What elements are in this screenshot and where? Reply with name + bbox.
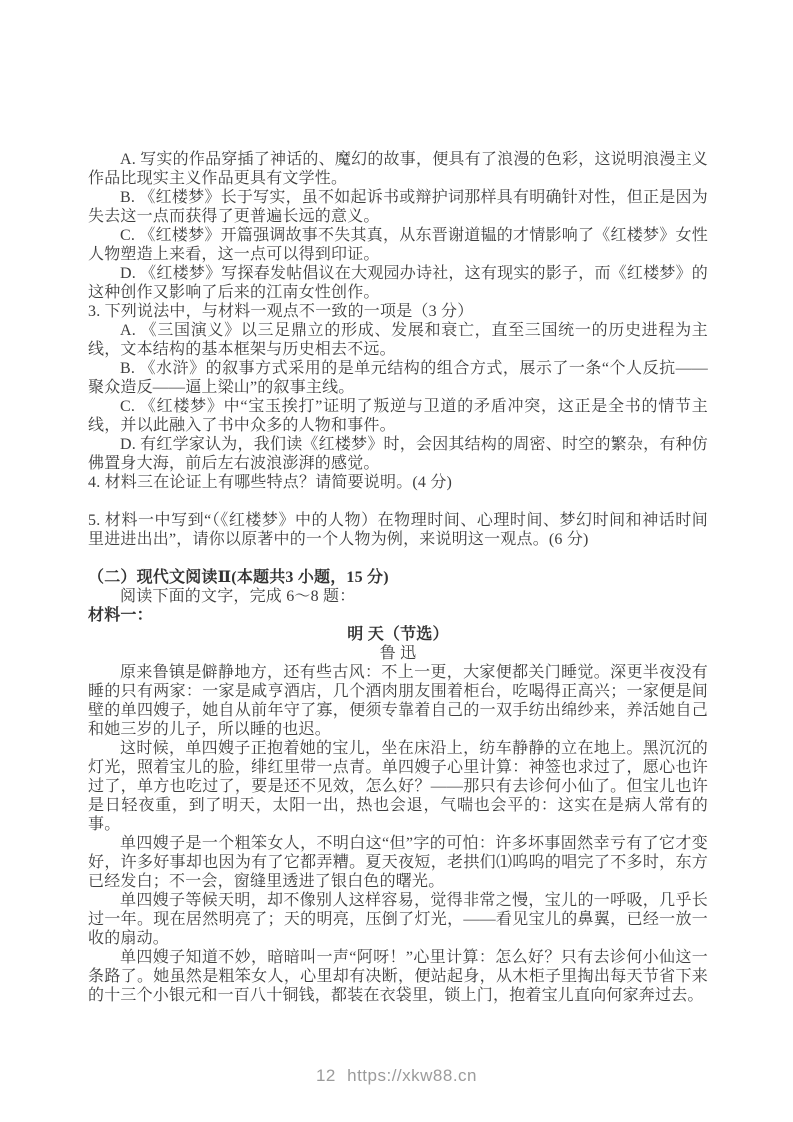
section-2-instruction: 阅读下面的文字，完成 6～8 题： [88,587,708,606]
material-1-label: 材料一： [88,606,708,625]
question-5: 5. 材料一中写到“（《红楼梦》中的人物）在物理时间、心理时间、梦幻时间和神话时… [88,511,708,549]
question-4: 4. 材料三在论证上有哪些特点？请简要说明。(4 分) [88,473,708,492]
passage-paragraph: 原来鲁镇是僻静地方，还有些古风：不上一更，大家便都关门睡觉。深更半夜没有睡的只有… [88,663,708,739]
spacer [88,492,708,511]
footer-url: https://xkw88.cn [347,1066,477,1085]
passage-paragraph: 单四嫂子是一个粗笨女人，不明白这“但”字的可怕：许多坏事固然幸亏有了它才变好，许… [88,834,708,891]
q3-option-a: A. 《三国演义》以三足鼎立的形成、发展和衰亡，直至三国统一的历史进程为主线，文… [88,321,708,359]
page-footer: 12 https://xkw88.cn [0,1066,793,1086]
q2-option-a: A. 写实的作品穿插了神话的、魔幻的故事，便具有了浪漫的色彩，这说明浪漫主义作品… [88,150,708,188]
section-2-heading: （二）现代文阅读Ⅱ(本题共3 小题，15 分) [88,568,708,587]
footer-page-number: 12 [316,1066,336,1085]
exam-page: A. 写实的作品穿插了神话的、魔幻的故事，便具有了浪漫的色彩，这说明浪漫主义作品… [0,0,793,1122]
passage-paragraph: 单四嫂子等候天明，却不像别人这样容易，觉得非常之慢，宝儿的一呼吸，几乎长过一年。… [88,891,708,948]
q2-option-b: B. 《红楼梦》长于写实，虽不如起诉书或辩护词那样具有明确针对性，但正是因为失去… [88,188,708,226]
spacer [88,549,708,568]
q3-option-b: B. 《水浒》的叙事方式采用的是单元结构的组合方式，展示了一条“个人反抗——聚众… [88,359,708,397]
passage-paragraph: 这时候，单四嫂子正抱着她的宝儿，坐在床沿上，纺车静静的立在地上。黑沉沉的灯光，照… [88,739,708,834]
exam-content: A. 写实的作品穿插了神话的、魔幻的故事，便具有了浪漫的色彩，这说明浪漫主义作品… [88,150,708,1005]
q3-option-c: C. 《红楼梦》中“宝玉挨打”证明了叛逆与卫道的矛盾冲突，这正是全书的情节主线，… [88,397,708,435]
passage-author: 鲁 迅 [88,644,708,663]
passage-title: 明 天（节选） [88,625,708,644]
passage-paragraph: 单四嫂子知道不妙，暗暗叫一声“阿呀！”心里计算：怎么好？只有去诊何小仙这一条路了… [88,948,708,1005]
q3-option-d: D. 有红学家认为，我们读《红楼梦》时，会因其结构的周密、时空的繁杂，有种仿佛置… [88,435,708,473]
q2-option-c: C. 《红楼梦》开篇强调故事不失其真，从东晋谢道韫的才情影响了《红楼梦》女性人物… [88,226,708,264]
question-3-stem: 3. 下列说法中，与材料一观点不一致的一项是（3 分） [88,302,708,321]
q2-option-d: D. 《红楼梦》写探春发帖倡议在大观园办诗社，这有现实的影子，而《红楼梦》的这种… [88,264,708,302]
